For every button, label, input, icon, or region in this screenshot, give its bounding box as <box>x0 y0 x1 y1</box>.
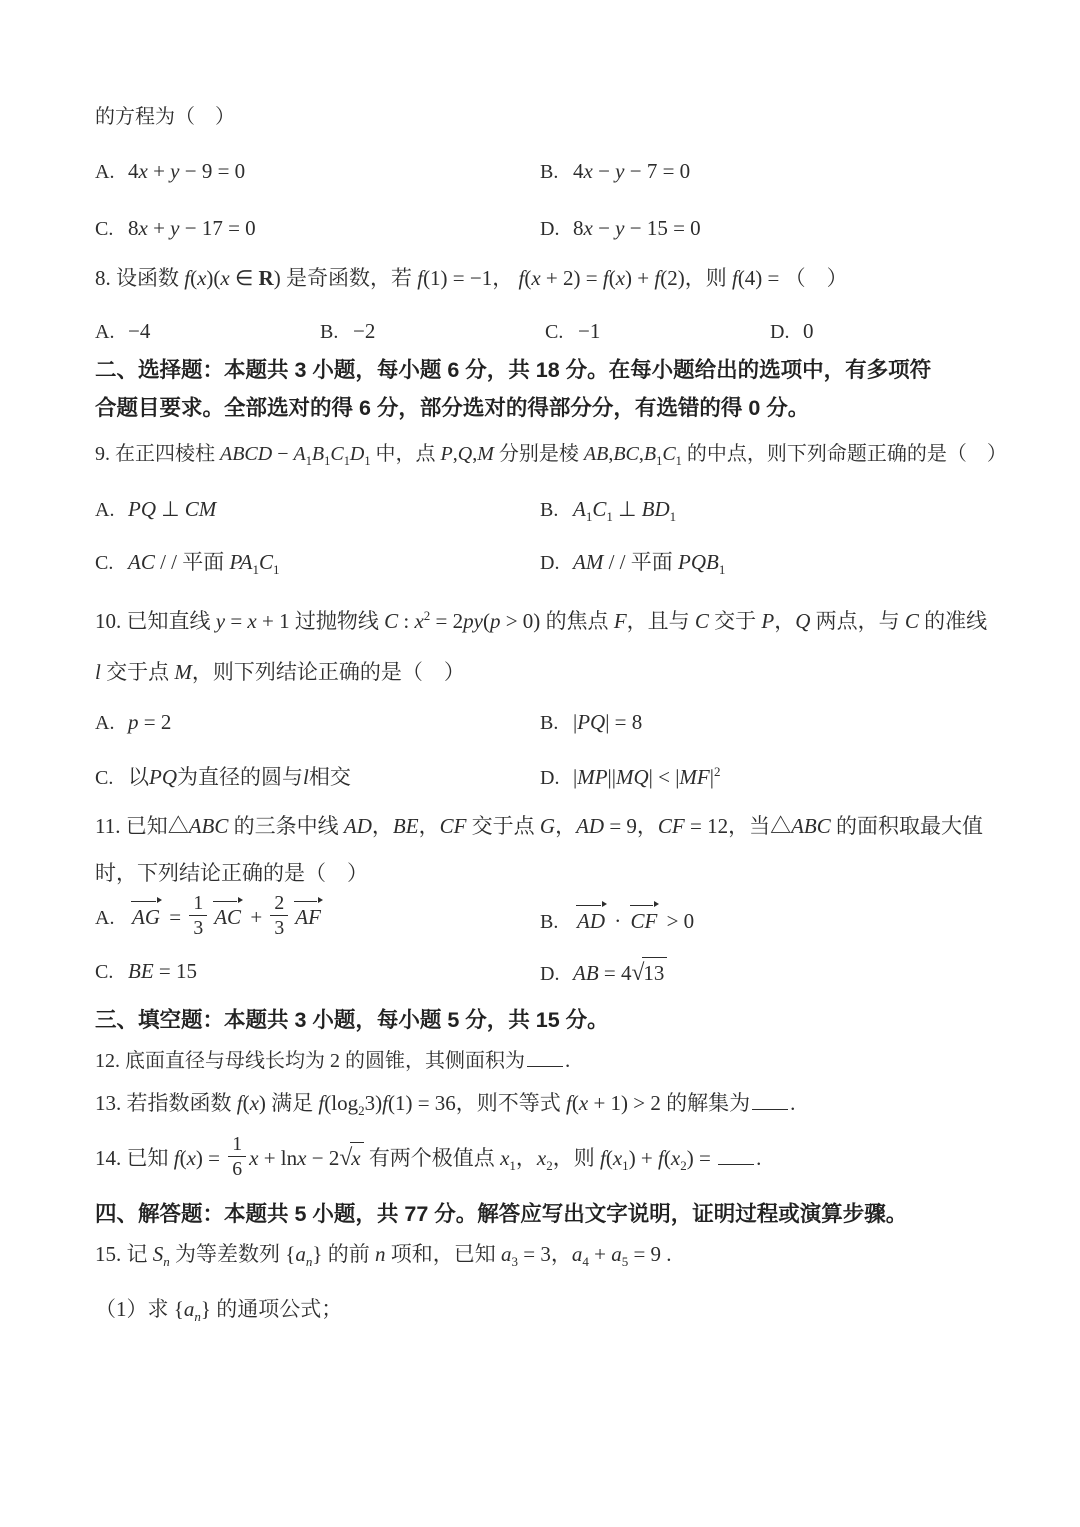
answer-blank <box>527 1048 563 1067</box>
option-formula: 8x − y − 15 = 0 <box>573 216 701 240</box>
option-formula: PQ ⊥ CM <box>128 497 216 521</box>
option-label: D. <box>540 215 573 244</box>
option-label: C. <box>95 764 128 793</box>
fraction: 23 <box>270 893 288 938</box>
section-2-header: 二、选择题：本题共 3 小题，每小题 6 分，共 18 分。在每小题给出的选项中… <box>95 351 943 427</box>
option-label: D. <box>540 764 573 793</box>
stem-text: 12. 底面直径与母线长均为 2 的圆锥，其侧面积为 <box>95 1050 525 1072</box>
question-11-option-b: B.AD · CF > 0 <box>540 906 694 937</box>
square-root: √13 <box>632 956 668 990</box>
option-label: A. <box>95 904 128 933</box>
question-8-option-a: A.−4 <box>95 316 150 347</box>
option-label: C. <box>95 549 128 578</box>
option-label: B. <box>540 908 573 937</box>
question-8-stem: 8. 设函数 f(x)(x ∈ R) 是奇函数，若 f(1) = −1， f(x… <box>95 263 988 294</box>
stem-formula: 13. 若指数函数 f(x) 满足 f(log23)f(1) = 36，则不等式… <box>95 1091 795 1115</box>
question-10-option-b: B.|PQ| = 8 <box>540 707 642 738</box>
option-formula: AB = 4√13 <box>573 961 667 985</box>
option-label: B. <box>540 709 573 738</box>
question-10-option-d: D.|MP||MQ| < |MF|2 <box>540 762 720 793</box>
stem-formula: 8. 设函数 f(x)(x ∈ R) 是奇函数，若 f(1) = −1， f(x… <box>95 266 848 290</box>
option-formula: |PQ| = 8 <box>573 710 642 734</box>
vector-overline: AG <box>131 902 161 932</box>
question-7-stem-continuation: 的方程为（ ） <box>95 103 988 132</box>
section-3-header: 三、填空题：本题共 3 小题，每小题 5 分，共 15 分。 <box>95 1001 985 1039</box>
question-11-options-row-1: A.AG = 13AC + 23AF B.AD · CF > 0 <box>95 893 988 951</box>
vector-overline: AF <box>294 902 322 932</box>
stem-formula: 9. 在正四棱柱 ABCD − A1B1C1D1 中，点 P,Q,M 分别是棱 … <box>95 443 1007 465</box>
option-formula: 以PQ为直径的圆与l相交 <box>128 765 351 789</box>
answer-blank <box>752 1091 788 1110</box>
option-label: D. <box>540 960 573 989</box>
option-formula: AC / / 平面 PA1C1 <box>128 550 280 574</box>
stem-text: 的方程为（ ） <box>95 106 235 128</box>
question-9-option-b: B.A1C1 ⊥ BD1 <box>540 494 676 525</box>
exam-page: 的方程为（ ） A.4x + y − 9 = 0 B.4x − y − 7 = … <box>0 0 1080 1527</box>
question-8-option-b: B.−2 <box>320 316 375 347</box>
option-label: A. <box>95 318 128 347</box>
option-value: −2 <box>353 319 375 343</box>
option-label: B. <box>320 318 353 347</box>
question-7-option-b: B.4x − y − 7 = 0 <box>540 156 690 187</box>
option-formula: 8x + y − 17 = 0 <box>128 216 256 240</box>
option-label: C. <box>95 215 128 244</box>
question-9-option-a: A.PQ ⊥ CM <box>95 494 216 525</box>
option-label: A. <box>95 709 128 738</box>
question-11-option-d: D.AB = 4√13 <box>540 956 667 990</box>
question-14: 14. 已知 f(x) = 16x + lnx − 2√x 有两个极值点 x1，… <box>95 1134 988 1179</box>
option-value: 0 <box>803 319 814 343</box>
option-label: C. <box>545 318 578 347</box>
question-13: 13. 若指数函数 f(x) 满足 f(log23)f(1) = 36，则不等式… <box>95 1088 988 1119</box>
question-10-stem: 10. 已知直线 y = x + 1 过抛物线 C : x2 = 2py(p >… <box>95 596 998 698</box>
option-value: −1 <box>578 319 600 343</box>
option-label: D. <box>540 549 573 578</box>
question-11-option-c: C.BE = 15 <box>95 956 197 987</box>
question-10-option-a: A.p = 2 <box>95 707 171 738</box>
option-formula: |MP||MQ| < |MF|2 <box>573 765 720 789</box>
option-label: B. <box>540 158 573 187</box>
option-formula: p = 2 <box>128 710 171 734</box>
stem-formula: 10. 已知直线 y = x + 1 过抛物线 C : x2 = 2py(p >… <box>95 609 987 684</box>
question-7-option-a: A.4x + y − 9 = 0 <box>95 156 245 187</box>
question-8-option-d: D.0 <box>770 316 814 347</box>
question-12: 12. 底面直径与母线长均为 2 的圆锥，其侧面积为. <box>95 1045 988 1076</box>
vector-overline: AC <box>213 902 242 932</box>
option-formula: 4x − y − 7 = 0 <box>573 159 690 183</box>
question-15-part-1: （1）求 {an} 的通项公式； <box>95 1294 988 1325</box>
question-7-option-d: D.8x − y − 15 = 0 <box>540 213 701 244</box>
option-label: A. <box>95 158 128 187</box>
answer-blank <box>718 1145 754 1164</box>
question-8-option-c: C.−1 <box>545 316 600 347</box>
option-formula: AD · CF > 0 <box>573 909 694 933</box>
question-10-option-c: C.以PQ为直径的圆与l相交 <box>95 762 351 793</box>
stem-formula: 15. 记 Sn 为等差数列 {an} 的前 n 项和，已知 a3 = 3，a4… <box>95 1242 672 1266</box>
option-formula: AG = 13AC + 23AF <box>128 905 325 929</box>
option-formula: 4x + y − 9 = 0 <box>128 159 245 183</box>
option-value: −4 <box>128 319 150 343</box>
question-9-stem: 9. 在正四棱柱 ABCD − A1B1C1D1 中，点 P,Q,M 分别是棱 … <box>95 440 988 469</box>
option-formula: AM / / 平面 PQB1 <box>573 550 725 574</box>
vector-overline: AD <box>576 906 606 936</box>
question-7-option-c: C.8x + y − 17 = 0 <box>95 213 256 244</box>
option-formula: A1C1 ⊥ BD1 <box>573 497 676 521</box>
question-15-stem: 15. 记 Sn 为等差数列 {an} 的前 n 项和，已知 a3 = 3，a4… <box>95 1239 988 1270</box>
square-root: √x <box>339 1141 363 1175</box>
fraction: 13 <box>189 893 207 938</box>
vector-overline: CF <box>630 906 659 936</box>
question-11-stem: 11. 已知△ABC 的三条中线 AD，BE，CF 交于点 G，AD = 9，C… <box>95 803 998 897</box>
option-formula: BE = 15 <box>128 959 197 983</box>
stem-formula: 14. 已知 f(x) = 16x + lnx − 2√x 有两个极值点 x1，… <box>95 1146 761 1170</box>
part-formula: （1）求 {an} 的通项公式； <box>95 1297 342 1321</box>
stem-formula: 11. 已知△ABC 的三条中线 AD，BE，CF 交于点 G，AD = 9，C… <box>95 814 983 885</box>
option-label: B. <box>540 496 573 525</box>
fraction: 16 <box>228 1134 246 1179</box>
question-9-option-d: D.AM / / 平面 PQB1 <box>540 547 725 578</box>
option-label: A. <box>95 496 128 525</box>
section-4-header: 四、解答题：本题共 5 小题，共 77 分。解答应写出文字说明，证明过程或演算步… <box>95 1195 985 1233</box>
question-9-option-c: C.AC / / 平面 PA1C1 <box>95 547 280 578</box>
option-label: C. <box>95 958 128 987</box>
question-11-option-a: A.AG = 13AC + 23AF <box>95 893 325 938</box>
option-label: D. <box>770 318 803 347</box>
